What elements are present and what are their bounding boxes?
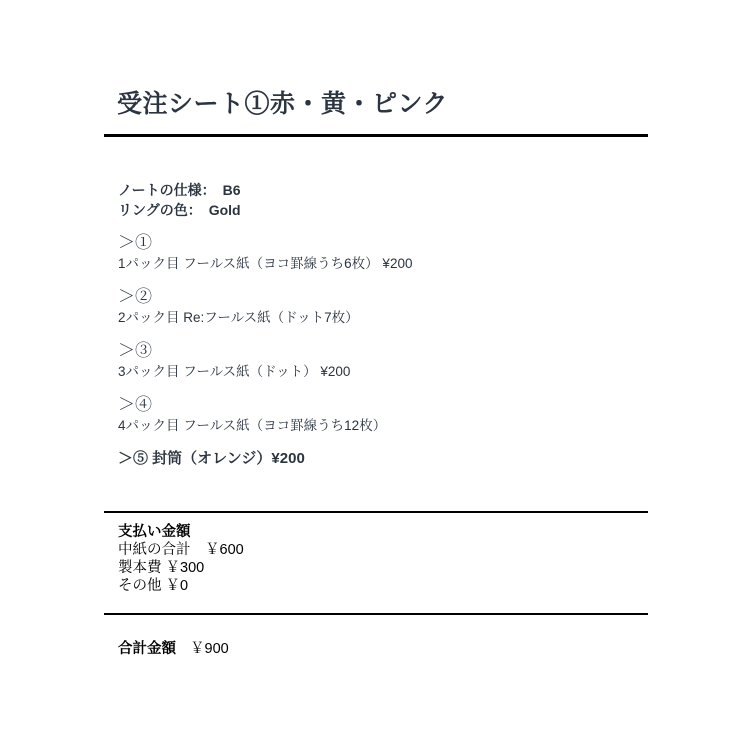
payment-line-binding-fee: 製本費 ￥300 bbox=[118, 559, 244, 577]
pack-item-2-marker: ＞② bbox=[118, 286, 359, 307]
pack-item-4-detail: 4パック目 フールス紙（ヨコ罫線うち12枚） bbox=[118, 418, 386, 434]
pack-item-1-marker: ＞① bbox=[118, 232, 412, 253]
page-title: 受注シート①赤・黄・ピンク bbox=[117, 84, 448, 120]
payment-block: 支払い金額 中紙の合計 ￥600 製本費 ￥300 その他 ￥0 bbox=[118, 523, 244, 595]
total-label: 合計金額 bbox=[118, 641, 176, 657]
note-spec-line: ノートの仕様： B6 bbox=[118, 180, 241, 200]
spec-block: ノートの仕様： B6 リングの色： Gold bbox=[118, 180, 241, 220]
pack-item-3-detail: 3パック目 フールス紙（ドット） ¥200 bbox=[118, 364, 350, 380]
envelope-item-5-marker: ＞⑤ 封筒（オレンジ）¥200 bbox=[118, 449, 305, 468]
pack-item-2: ＞② 2パック目 Re:フールス紙（ドット7枚） bbox=[118, 286, 359, 326]
order-sheet-document: 受注シート①赤・黄・ピンク ノートの仕様： B6 リングの色： Gold ＞① … bbox=[0, 0, 755, 755]
pack-item-1-detail: 1パック目 フールス紙（ヨコ罫線うち6枚） ¥200 bbox=[118, 256, 412, 272]
total-value: ￥900 bbox=[190, 641, 229, 657]
divider-payment bbox=[104, 511, 648, 513]
pack-item-2-detail: 2パック目 Re:フールス紙（ドット7枚） bbox=[118, 310, 359, 326]
payment-line-paper-total: 中紙の合計 ￥600 bbox=[118, 541, 244, 559]
divider-total bbox=[104, 613, 648, 615]
pack-item-4: ＞④ 4パック目 フールス紙（ヨコ罫線うち12枚） bbox=[118, 394, 386, 434]
total-block: 合計金額 ￥900 bbox=[118, 637, 229, 658]
pack-item-1: ＞① 1パック目 フールス紙（ヨコ罫線うち6枚） ¥200 bbox=[118, 232, 412, 272]
pack-item-3: ＞③ 3パック目 フールス紙（ドット） ¥200 bbox=[118, 340, 350, 380]
pack-item-4-marker: ＞④ bbox=[118, 394, 386, 415]
divider-top bbox=[104, 134, 648, 137]
payment-heading: 支払い金額 bbox=[118, 523, 244, 541]
pack-item-3-marker: ＞③ bbox=[118, 340, 350, 361]
envelope-item-5: ＞⑤ 封筒（オレンジ）¥200 bbox=[118, 449, 305, 468]
ring-color-spec-line: リングの色： Gold bbox=[118, 200, 241, 220]
payment-line-other: その他 ￥0 bbox=[118, 577, 244, 595]
